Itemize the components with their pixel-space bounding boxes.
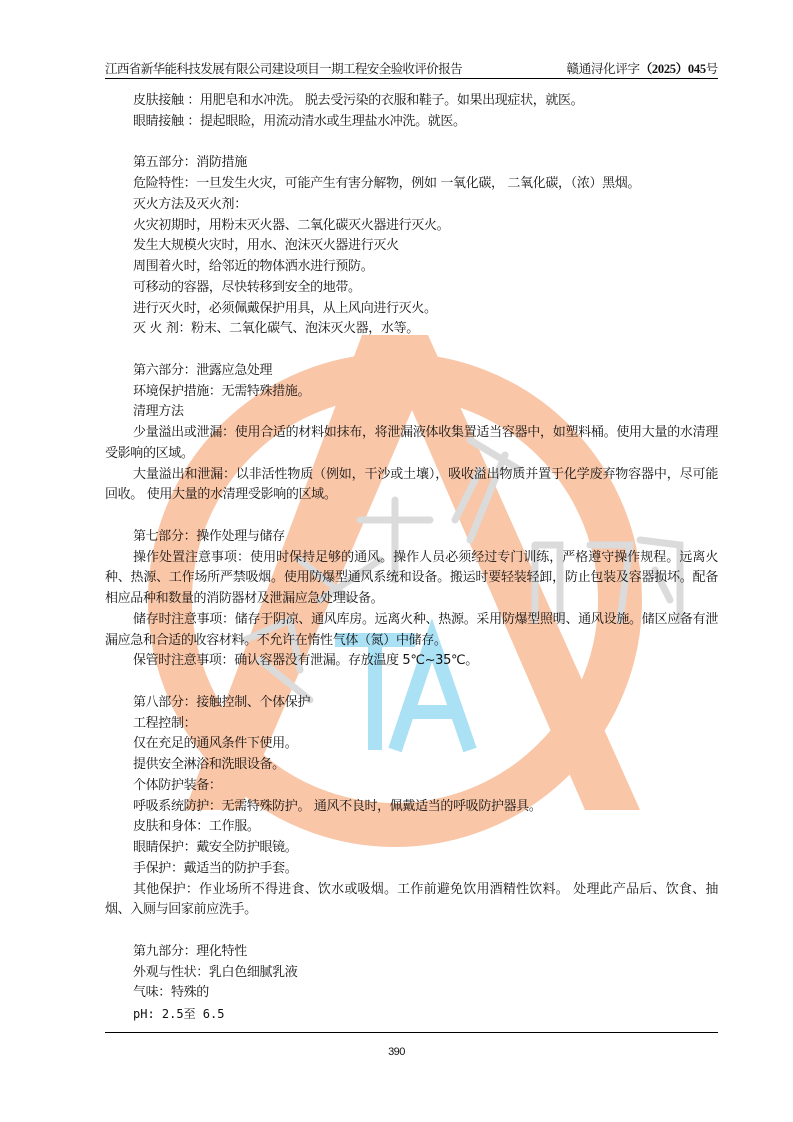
- first-aid-skin: 皮肤接触 ：用肥皂和水冲洗。 脱去受污染的衣服和鞋子。如果出现症状，就医。: [105, 91, 718, 112]
- ppe-title: 个体防护装备：: [105, 776, 718, 797]
- handling-storage: 储存时注意事项：储存于阴凉、通风库房。远离火种、热源。采用防爆型照明、通风设施。…: [105, 610, 718, 652]
- document-number: 赣通浔化评字（2025）045号: [567, 60, 718, 78]
- section-heading: 第九部分：理化特性: [105, 942, 718, 963]
- doc-number-prefix: 赣通浔化评字: [567, 61, 640, 76]
- ppe-eye: 眼睛保护：戴安全防护眼镜。: [105, 838, 718, 859]
- section-physical-chemical: 第九部分：理化特性 外观与性状：乳白色细腻乳液 气味：特殊的 pH: 2.5至 …: [105, 942, 718, 1025]
- section-handling-storage: 第七部分：操作处理与储存 操作处置注意事项：使用时保持足够的通风。操作人员必须经…: [105, 527, 718, 672]
- fire-line: 周围着火时，给邻近的物体洒水进行预防。: [105, 257, 718, 278]
- leak-small: 少量溢出或泄漏：使用合适的材料如抹布，将泄漏液体收集置适当容器中，如塑料桶。使用…: [105, 423, 718, 465]
- handling-keeping: 保管时注意事项：确认容器没有泄漏。存放温度 5℃~35℃。: [105, 651, 718, 672]
- ppe-hand: 手保护：戴适当的防护手套。: [105, 859, 718, 880]
- doc-number-suffix: 号: [706, 61, 718, 76]
- fire-line: 可移动的容器，尽快转移到安全的地带。: [105, 278, 718, 299]
- fire-line: 危险特性：一旦发生火灾，可能产生有害分解物，例如 一氧化碳， 二氧化碳，（浓）黑…: [105, 174, 718, 195]
- eng-control-line: 提供安全淋浴和洗眼设备。: [105, 755, 718, 776]
- leak-large: 大量溢出和泄漏：以非活性物质（例如，干沙或土壤），吸收溢出物质并置于化学废弃物容…: [105, 465, 718, 507]
- report-title: 江西省新华能科技发展有限公司建设项目一期工程安全验收评价报告: [105, 60, 462, 78]
- section-exposure-protection: 第八部分：接触控制、个体保护 工程控制： 仅在充足的通风条件下使用。 提供安全淋…: [105, 693, 718, 921]
- section-fire-fighting: 第五部分：消防措施 危险特性：一旦发生火灾，可能产生有害分解物，例如 一氧化碳，…: [105, 153, 718, 340]
- appearance: 外观与性状：乳白色细腻乳液: [105, 963, 718, 984]
- section-heading: 第五部分：消防措施: [105, 153, 718, 174]
- doc-number-value: （2025）045: [640, 62, 706, 76]
- fire-line: 发生大规模火灾时，用水、泡沫灭火器进行灭火: [105, 236, 718, 257]
- section-leak-response: 第六部分：泄露应急处理 环境保护措施：无需特殊措施。 清理方法 少量溢出或泄漏：…: [105, 361, 718, 506]
- ppe-respiratory: 呼吸系统防护：无需特殊防护。 通风不良时，佩戴适当的呼吸防护器具。: [105, 797, 718, 818]
- page-header: 江西省新华能科技发展有限公司建设项目一期工程安全验收评价报告 赣通浔化评字（20…: [105, 60, 718, 79]
- section-heading: 第六部分：泄露应急处理: [105, 361, 718, 382]
- leak-env: 环境保护措施：无需特殊措施。: [105, 382, 718, 403]
- footer-rule: [105, 1032, 718, 1033]
- leak-method-title: 清理方法: [105, 402, 718, 423]
- ppe-other: 其他保护：作业场所不得进食、饮水或吸烟。工作前避免饮用酒精性饮料。 处理此产品后…: [105, 880, 718, 922]
- odor: 气味：特殊的: [105, 983, 718, 1004]
- section-heading: 第八部分：接触控制、个体保护: [105, 693, 718, 714]
- section-heading: 第七部分：操作处理与储存: [105, 527, 718, 548]
- page-number: 390: [0, 1046, 793, 1058]
- fire-line: 灭 火 剂：粉末、二氧化碳气、泡沫灭火器，水等。: [105, 319, 718, 340]
- handling-operation: 操作处置注意事项：使用时保持足够的通风。操作人员必须经过专门训练，严格遵守操作规…: [105, 548, 718, 610]
- first-aid-eye: 眼睛接触 ：提起眼睑，用流动清水或生理盐水冲洗。就医。: [105, 112, 718, 133]
- ph-range: pH: 2.5至 6.5: [105, 1004, 718, 1025]
- fire-line: 进行灭火时，必须佩戴保护用具，从上风向进行灭火。: [105, 299, 718, 320]
- fire-line: 灭火方法及灭火剂：: [105, 195, 718, 216]
- document-page: 江西省新华能科技发展有限公司建设项目一期工程安全验收评价报告 赣通浔化评字（20…: [0, 0, 793, 1122]
- document-body: 皮肤接触 ：用肥皂和水冲洗。 脱去受污染的衣服和鞋子。如果出现症状，就医。 眼睛…: [105, 91, 718, 1025]
- ppe-skin: 皮肤和身体：工作服。: [105, 817, 718, 838]
- fire-line: 火灾初期时，用粉末灭火器、二氧化碳灭火器进行灭火。: [105, 216, 718, 237]
- eng-control-line: 仅在充足的通风条件下使用。: [105, 734, 718, 755]
- eng-control-title: 工程控制：: [105, 714, 718, 735]
